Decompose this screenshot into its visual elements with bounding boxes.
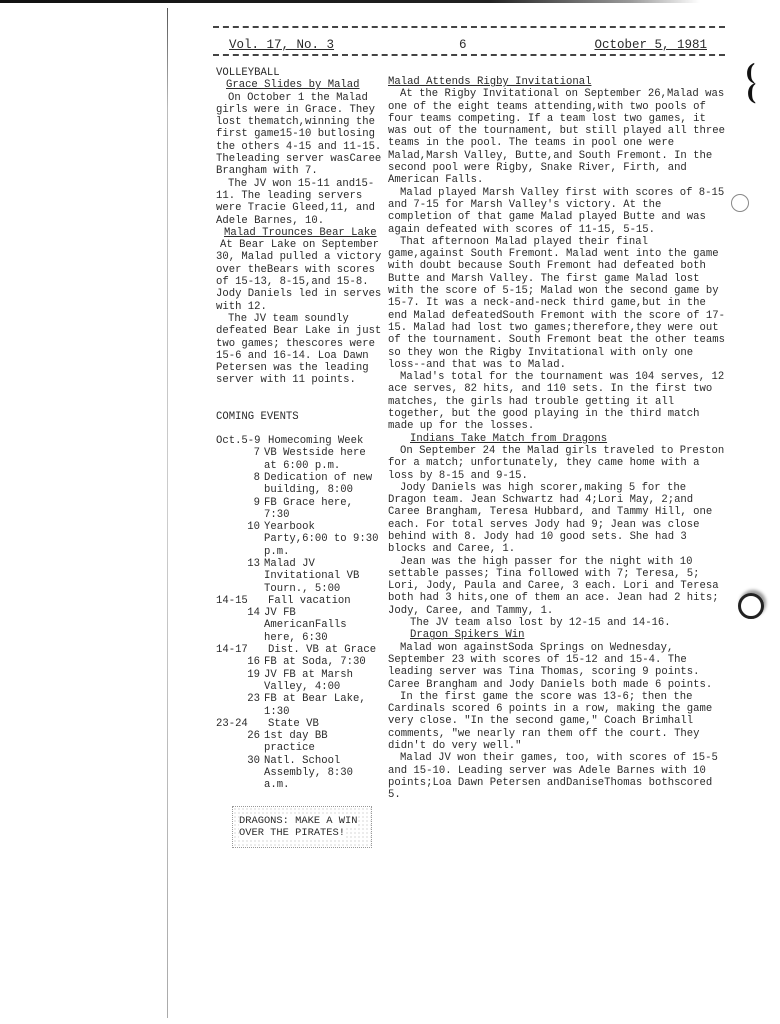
- header-top-rule: [213, 26, 725, 28]
- article-indians-take-match: Indians Take Match from Dragons On Septe…: [388, 433, 726, 630]
- coming-events-title: COMING EVENTS: [216, 411, 384, 423]
- event-item: 7VB Westside here at 6:00 p.m.: [216, 447, 384, 472]
- coming-events-list: Oct.5-9Homecoming Week 7VB Westside here…: [216, 435, 384, 792]
- event-item: Oct.5-9Homecoming Week: [216, 435, 384, 447]
- article-paragraph: The JV team also lost by 12-15 and 14-16…: [388, 617, 726, 629]
- volume-issue: Vol. 17, No. 3: [227, 38, 336, 52]
- article-paragraph: The JV team soundly defeated Bear Lake i…: [216, 313, 384, 387]
- article-paragraph: Jean was the high passer for the night w…: [388, 556, 726, 617]
- article-paragraph: At Bear Lake on September 30, Malad pull…: [216, 239, 384, 313]
- article-headline: Malad Trounces Bear Lake: [224, 227, 384, 239]
- article-rigby-invitational: Malad Attends Rigby Invitational At the …: [388, 76, 726, 433]
- article-paragraph: In the first game the score was 13-6; th…: [388, 691, 726, 752]
- event-item: 30Natl. School Assembly, 8:30 a.m.: [216, 755, 384, 792]
- article-paragraph: Jody Daniels was high scorer,making 5 fo…: [388, 482, 726, 556]
- article-paragraph: At the Rigby Invitational on September 2…: [388, 88, 726, 186]
- article-dragon-spikers-win: Dragon Spikers Win Malad won againstSoda…: [388, 629, 726, 801]
- article-paragraph: Malad played Marsh Valley first with sco…: [388, 187, 726, 236]
- slogan-line: OVER THE PIRATES!: [239, 827, 345, 839]
- punch-hole-icon: [731, 194, 749, 212]
- section-title-volleyball: VOLLEYBALL: [216, 67, 384, 79]
- article-paragraph: That afternoon Malad played their final …: [388, 236, 726, 371]
- article-headline: Dragon Spikers Win: [410, 629, 726, 641]
- right-column: Malad Attends Rigby Invitational At the …: [388, 76, 726, 802]
- event-item: 9FB Grace here, 7:30: [216, 497, 384, 522]
- event-item: 19JV FB at Marsh Valley, 4:00: [216, 669, 384, 694]
- issue-date: October 5, 1981: [592, 38, 709, 52]
- left-column: VOLLEYBALL Grace Slides by Malad On Octo…: [216, 67, 384, 848]
- event-item: 261st day BB practice: [216, 730, 384, 755]
- event-item: 8Dedication of new building, 8:00: [216, 472, 384, 497]
- article-paragraph: On October 1 the Malad girls were in Gra…: [216, 92, 384, 178]
- article-paragraph: On September 24 the Malad girls traveled…: [388, 445, 726, 482]
- article-paragraph: The JV won 15-11 and15-11. The leading s…: [216, 178, 384, 227]
- slogan-line: DRAGONS: MAKE A WIN: [239, 815, 357, 827]
- article-headline: Grace Slides by Malad: [226, 79, 384, 91]
- article-malad-trounces-bear-lake: Malad Trounces Bear Lake At Bear Lake on…: [216, 227, 384, 387]
- page-binding-line: [167, 8, 168, 1018]
- event-item: 13Malad JV Invitational VB Tourn., 5:00: [216, 558, 384, 595]
- slogan-box: DRAGONS: MAKE A WIN OVER THE PIRATES!: [232, 806, 372, 848]
- page-number: 6: [457, 38, 469, 52]
- article-paragraph: Malad JV won their games, too, with scor…: [388, 752, 726, 801]
- event-item: 23-24State VB: [216, 718, 384, 730]
- article-grace-slides: Grace Slides by Malad On October 1 the M…: [216, 79, 384, 227]
- article-paragraph: Malad won againstSoda Springs on Wednesd…: [388, 642, 726, 691]
- event-item: 14JV FB AmericanFalls here, 6:30: [216, 607, 384, 644]
- article-headline: Malad Attends Rigby Invitational: [388, 76, 726, 88]
- margin-paren-mark: (: [746, 80, 756, 106]
- event-item: 16FB at Soda, 7:30: [216, 656, 384, 668]
- scan-edge-shadow: [0, 0, 700, 3]
- event-item: 14-15Fall vacation: [216, 595, 384, 607]
- page-header: Vol. 17, No. 3 6 October 5, 1981: [213, 38, 725, 56]
- article-headline: Indians Take Match from Dragons: [410, 433, 726, 445]
- event-item: 10Yearbook Party,6:00 to 9:30 p.m.: [216, 521, 384, 558]
- event-item: 23FB at Bear Lake, 1:30: [216, 693, 384, 718]
- event-item: 14-17Dist. VB at Grace: [216, 644, 384, 656]
- punch-hole-icon: [738, 593, 764, 619]
- article-paragraph: Malad's total for the tournament was 104…: [388, 371, 726, 432]
